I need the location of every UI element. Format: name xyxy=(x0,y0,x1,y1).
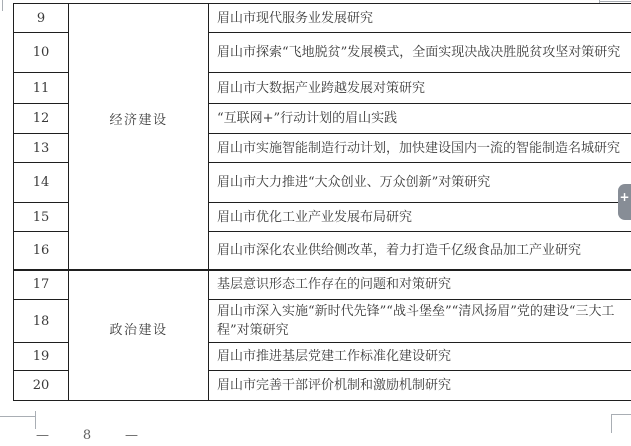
topic-cell: 眉山市大数据产业跨越发展对策研究 xyxy=(209,73,631,104)
topic-cell: 眉山市完善干部评价机制和激励机制研究 xyxy=(209,371,631,401)
row-number-cell: 17 xyxy=(14,270,69,300)
table-row: 17 政治建设 基层意识形态工作存在的问题和对策研究 xyxy=(14,270,631,300)
scroll-indicator[interactable]: + xyxy=(618,184,631,220)
topic-cell: 眉山市深入实施“新时代先锋”“战斗堡垒”“清风扬眉”党的建设“三大工程”对策研究 xyxy=(209,300,631,343)
row-number-cell: 13 xyxy=(14,134,69,163)
row-number-cell: 11 xyxy=(14,73,69,104)
row-number-cell: 18 xyxy=(14,300,69,343)
page-number-left-dash: — xyxy=(36,428,49,443)
topic-cell: “互联网+”行动计划的眉山实践 xyxy=(209,104,631,134)
page-boundary-mark-top-left xyxy=(2,0,3,11)
row-number-cell: 16 xyxy=(14,232,69,270)
topics-table: 9 经济建设 眉山市现代服务业发展研究 10 眉山市探索“飞地脱贫”发展模式，全… xyxy=(13,3,631,401)
row-number-cell: 19 xyxy=(14,343,69,371)
plus-icon: + xyxy=(619,184,629,220)
topic-cell: 眉山市大力推进“大众创业、万众创新”对策研究 xyxy=(209,163,631,203)
category-cell-political: 政治建设 xyxy=(69,270,209,401)
row-number-cell: 15 xyxy=(14,203,69,232)
row-number-cell: 20 xyxy=(14,371,69,401)
topics-table-wrap: 9 经济建设 眉山市现代服务业发展研究 10 眉山市探索“飞地脱贫”发展模式，全… xyxy=(13,3,631,401)
page-boundary-mark-top-right xyxy=(599,1,631,2)
table-row: 9 经济建设 眉山市现代服务业发展研究 xyxy=(14,4,631,33)
page-number-value: 8 xyxy=(83,428,91,443)
topic-cell: 眉山市深化农业供给侧改革，着力打造千亿级食品加工产业研究 xyxy=(209,232,631,270)
topic-cell: 眉山市探索“飞地脱贫”发展模式，全面实现决战决胜脱贫攻坚对策研究 xyxy=(209,33,631,73)
topic-cell: 基层意识形态工作存在的问题和对策研究 xyxy=(209,270,631,300)
topic-cell: 眉山市现代服务业发展研究 xyxy=(209,4,631,33)
page-boundary-mark-bottom-right-v xyxy=(611,414,612,433)
page-boundary-mark-bottom-left-h xyxy=(0,416,35,417)
topic-cell: 眉山市实施智能制造行动计划，加快建设国内一流的智能制造名城研究 xyxy=(209,134,631,163)
document-page: 9 经济建设 眉山市现代服务业发展研究 10 眉山市探索“飞地脱贫”发展模式，全… xyxy=(0,0,631,446)
page-number: — 8 — xyxy=(36,428,138,443)
row-number-cell: 9 xyxy=(14,4,69,33)
row-number-cell: 14 xyxy=(14,163,69,203)
category-cell-economic: 经济建设 xyxy=(69,4,209,270)
row-number-cell: 10 xyxy=(14,33,69,73)
page-number-right-dash: — xyxy=(125,428,138,443)
topic-cell: 眉山市优化工业产业发展布局研究 xyxy=(209,203,631,232)
page-boundary-mark-bottom-right-h xyxy=(611,414,631,415)
topic-cell: 眉山市推进基层党建工作标准化建设研究 xyxy=(209,343,631,371)
page-boundary-mark-bottom-left-v xyxy=(35,411,36,429)
row-number-cell: 12 xyxy=(14,104,69,134)
